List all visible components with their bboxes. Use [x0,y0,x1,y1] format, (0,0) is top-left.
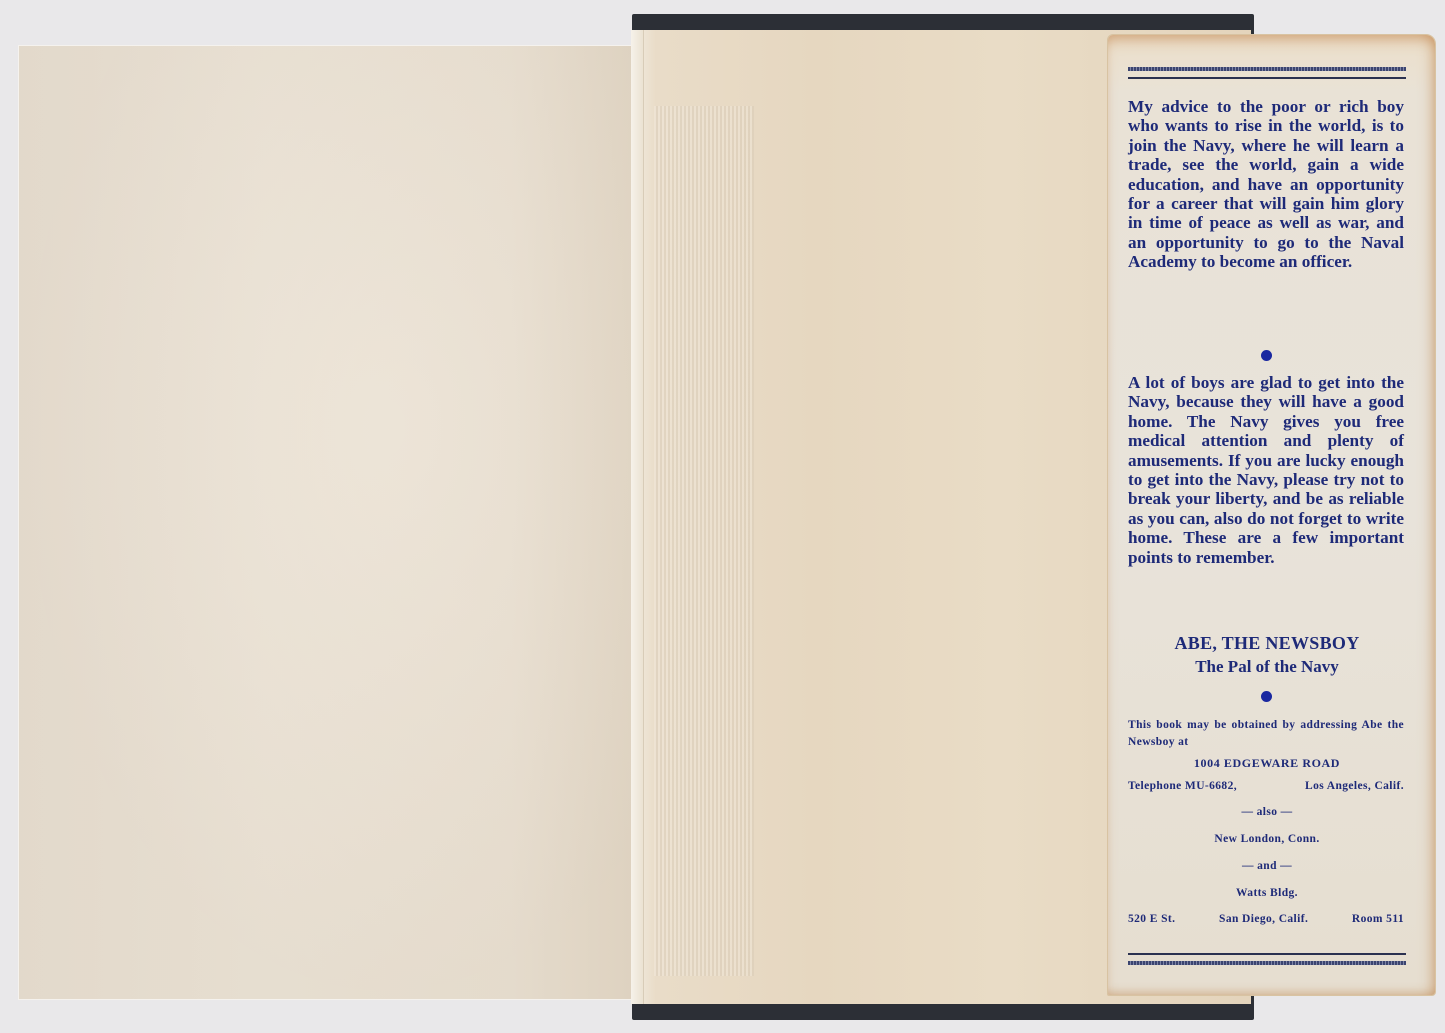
hatched-rule [1128,67,1406,71]
city-san-diego: San Diego, Calif. [1219,913,1308,925]
top-rule-divider [1128,67,1406,79]
bottom-rule-divider [1128,953,1406,965]
bullet-dot-icon [1261,691,1272,702]
signature-subtitle: The Pal of the Navy [1108,657,1426,677]
solid-rule [1128,953,1406,955]
location-new-london: New London, Conn. [1108,833,1426,845]
bookmark-card: My advice to the poor or rich boy who wa… [1107,34,1436,996]
left-endpaper [19,46,634,999]
embossed-texture-strip [654,106,754,976]
separator-also: — also — [1108,806,1426,818]
hatched-rule [1128,961,1406,965]
bullet-dot-icon [1261,350,1272,361]
navy-paragraph: A lot of boys are glad to get into the N… [1128,373,1404,567]
signature-name: ABE, THE NEWSBOY [1108,633,1426,654]
address-road: 1004 EDGEWARE ROAD [1108,756,1426,771]
advice-paragraph: My advice to the poor or rich boy who wa… [1128,97,1404,272]
solid-rule [1128,77,1406,79]
address-intro: This book may be obtained by addressing … [1128,717,1404,750]
address-san-diego-line: 520 E St. San Diego, Calif. Room 511 [1128,913,1404,925]
telephone: Telephone MU-6682, [1128,780,1237,792]
page-gutter-edge [631,30,644,1004]
separator-and: — and — [1108,860,1426,872]
city-los-angeles: Los Angeles, Calif. [1305,780,1404,792]
room-number: Room 511 [1352,913,1404,925]
building-name: Watts Bldg. [1108,887,1426,899]
street: 520 E St. [1128,913,1175,925]
address-telephone-line: Telephone MU-6682, Los Angeles, Calif. [1128,780,1404,792]
